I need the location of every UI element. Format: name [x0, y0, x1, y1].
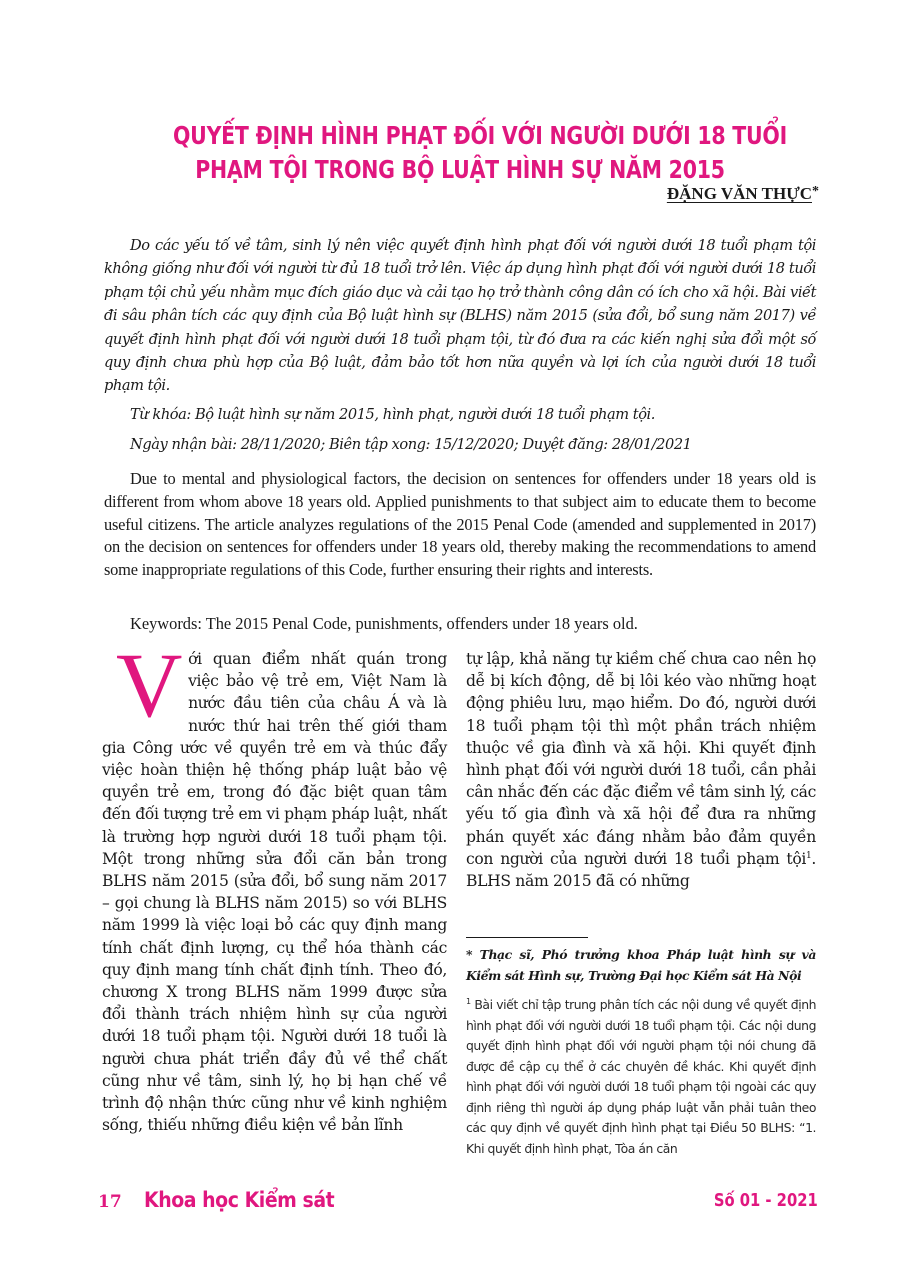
author-byline: ĐẶNG VĂN THỰC* [667, 184, 819, 204]
page-footer: 17 Khoa học Kiểm sát Số 01 - 2021 [98, 1188, 818, 1218]
body-paragraph-continued: tự lập, khả năng tự kiềm chế chưa cao nê… [466, 648, 816, 892]
abstract-english: Due to mental and physiological factors,… [104, 468, 816, 582]
footnote-1: 1 Bài viết chỉ tập trung phân tích các n… [466, 992, 816, 1159]
body-text-right: tự lập, khả năng tự kiềm chế chưa cao nê… [466, 650, 816, 868]
drop-cap: V [116, 650, 182, 716]
publication-dates: Ngày nhận bài: 28/11/2020; Biên tập xong… [130, 436, 820, 453]
body-column-left: Với quan điểm nhất quán trong việc bảo v… [102, 648, 447, 1136]
author-footnote-mark: * [812, 184, 819, 199]
body-paragraph-1: Với quan điểm nhất quán trong việc bảo v… [102, 648, 447, 1136]
author-name: ĐẶNG VĂN THỰC [667, 184, 812, 203]
article-title-line-1: QUYẾT ĐỊNH HÌNH PHẠT ĐỐI VỚI NGƯỜI DƯỚI … [173, 119, 747, 153]
journal-page: QUYẾT ĐỊNH HÌNH PHẠT ĐỐI VỚI NGƯỜI DƯỚI … [0, 0, 916, 1275]
footnote-1-text: Bài viết chỉ tập trung phân tích các nội… [466, 997, 816, 1156]
abstract-vietnamese: Do các yếu tố về tâm, sinh lý nên việc q… [104, 234, 816, 398]
footnote-author: * Thạc sĩ, Phó trưởng khoa Pháp luật hìn… [466, 944, 816, 986]
article-title-line-2: PHẠM TỘI TRONG BỘ LUẬT HÌNH SỰ NĂM 2015 [173, 153, 747, 187]
footnote-divider [466, 937, 588, 938]
journal-name: Khoa học Kiểm sát [144, 1188, 334, 1212]
keywords-english: Keywords: The 2015 Penal Code, punishmen… [130, 614, 820, 634]
issue-number: Số 01 - 2021 [714, 1190, 818, 1211]
article-title: QUYẾT ĐỊNH HÌNH PHẠT ĐỐI VỚI NGƯỜI DƯỚI … [173, 119, 747, 187]
page-number: 17 [98, 1192, 122, 1212]
body-column-right: tự lập, khả năng tự kiềm chế chưa cao nê… [466, 648, 816, 892]
keywords-vietnamese: Từ khóa: Bộ luật hình sự năm 2015, hình … [130, 406, 820, 423]
